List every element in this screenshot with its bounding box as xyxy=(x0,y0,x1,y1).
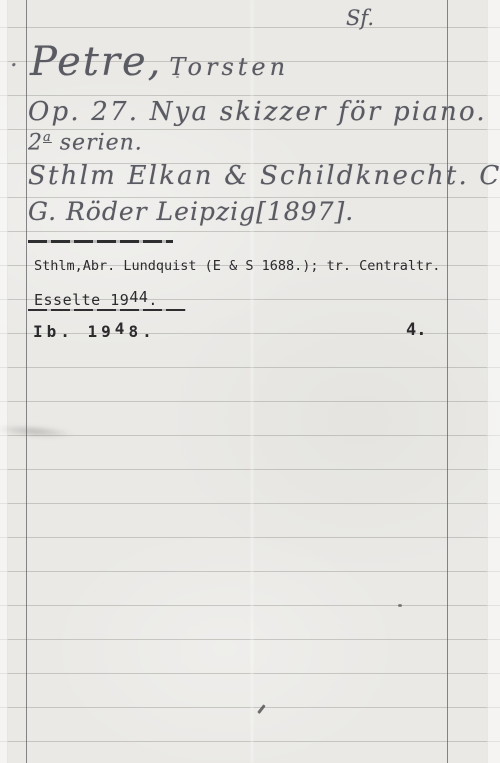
leading-dot: . xyxy=(10,44,18,72)
catalog-card: Sf. . Petre,Torsten Op. 27. Nya skizzer … xyxy=(0,0,500,763)
series-rest: serien. xyxy=(52,130,143,155)
scan-edge-right xyxy=(487,0,500,763)
composer-surname: Petre, xyxy=(30,39,162,85)
ib-raised-digit: 4 xyxy=(115,319,129,338)
printer-line: G. Röder Leipzig[1897]. xyxy=(28,199,354,224)
typed-separator-line xyxy=(28,240,173,243)
typed-esselte-line: Esselte 1944. xyxy=(34,293,158,308)
composer-name-line: Petre,Torsten xyxy=(30,42,289,82)
work-title-line: Op. 27. Nya skizzer för piano. xyxy=(28,99,487,125)
series-line: 2a serien. xyxy=(28,131,143,154)
esselte-suffix: . xyxy=(148,291,158,309)
left-margin-line xyxy=(26,0,27,763)
esselte-raised-digits: 44 xyxy=(129,288,148,306)
scan-edge-left xyxy=(0,0,8,763)
series-number: 2 xyxy=(28,130,43,155)
typed-plate-line: Sthlm,Abr. Lundquist (E & S 1688.); tr. … xyxy=(34,260,440,274)
composer-forename: Torsten xyxy=(169,53,289,81)
esselte-prefix: Esselte 19 xyxy=(34,291,129,309)
ib-prefix: Ib. 19 xyxy=(33,322,115,341)
ib-suffix: 8. xyxy=(128,322,155,341)
series-superscript: a xyxy=(43,130,52,145)
corner-shelf-mark: Sf. xyxy=(346,6,374,30)
esselte-underline xyxy=(28,309,186,311)
typed-ib-line: Ib. 1948. xyxy=(33,324,156,340)
publisher-line: Sthlm Elkan & Schildknecht. C. xyxy=(28,163,500,189)
page-number: 4. xyxy=(406,322,426,339)
ink-speck xyxy=(398,604,402,607)
